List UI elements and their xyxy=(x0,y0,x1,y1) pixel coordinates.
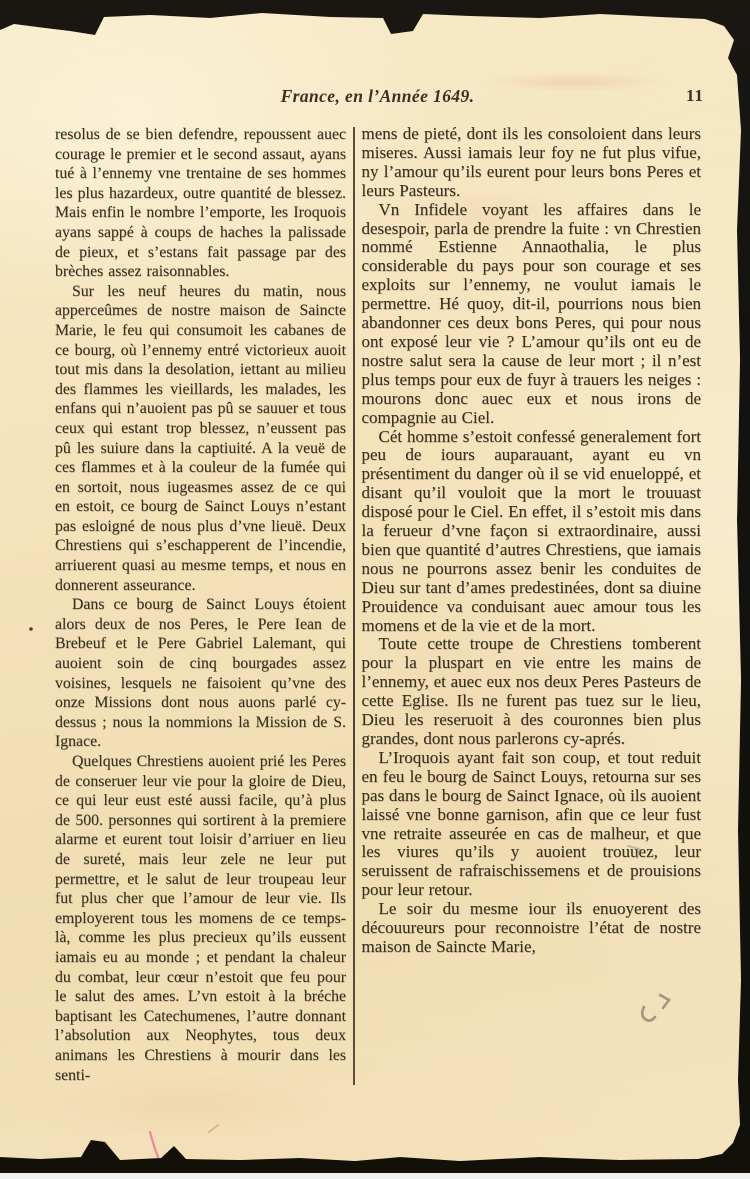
ink-dot xyxy=(29,627,33,631)
column-divider-rule xyxy=(353,127,355,1085)
page-number: 11 xyxy=(686,86,704,106)
paragraph: resolus de se bien defendre, repoussent … xyxy=(55,125,346,282)
scanner-bed-edge xyxy=(0,1173,750,1179)
orange-mark xyxy=(209,1125,218,1132)
paragraph: Vn Infidele voyant les affaires dans le … xyxy=(362,201,702,428)
running-header: France, en l’Année 1649. xyxy=(55,86,700,107)
paragraph: Quelques Chrestiens auoient prié les Per… xyxy=(55,752,346,1085)
paragraph: Toute cette troupe de Chrestiens tombere… xyxy=(362,635,702,748)
left-column: resolus de se bien defendre, repoussent … xyxy=(55,125,346,1085)
paragraph: mens de pieté, dont ils les consoloient … xyxy=(362,125,702,201)
paragraph: L’Iroquois ayant fait son coup, et tout … xyxy=(362,749,702,900)
scanned-page: France, en l’Année 1649. 11 resolus de s… xyxy=(0,0,750,1179)
paragraph: Sur les neuf heures du matin, nous apper… xyxy=(55,282,346,596)
paragraph: Dans ce bourg de Sainct Louys étoient al… xyxy=(55,595,346,752)
text-block: resolus de se bien defendre, repoussent … xyxy=(55,125,701,1085)
pink-crayon-mark xyxy=(150,1132,159,1160)
right-column: mens de pieté, dont ils les consoloient … xyxy=(362,125,702,1085)
paragraph: Cét homme s’estoit confessé generalement… xyxy=(362,428,702,636)
paper: France, en l’Année 1649. 11 resolus de s… xyxy=(0,0,750,1179)
paragraph: Le soir du mesme iour ils enuoyerent des… xyxy=(362,900,702,957)
